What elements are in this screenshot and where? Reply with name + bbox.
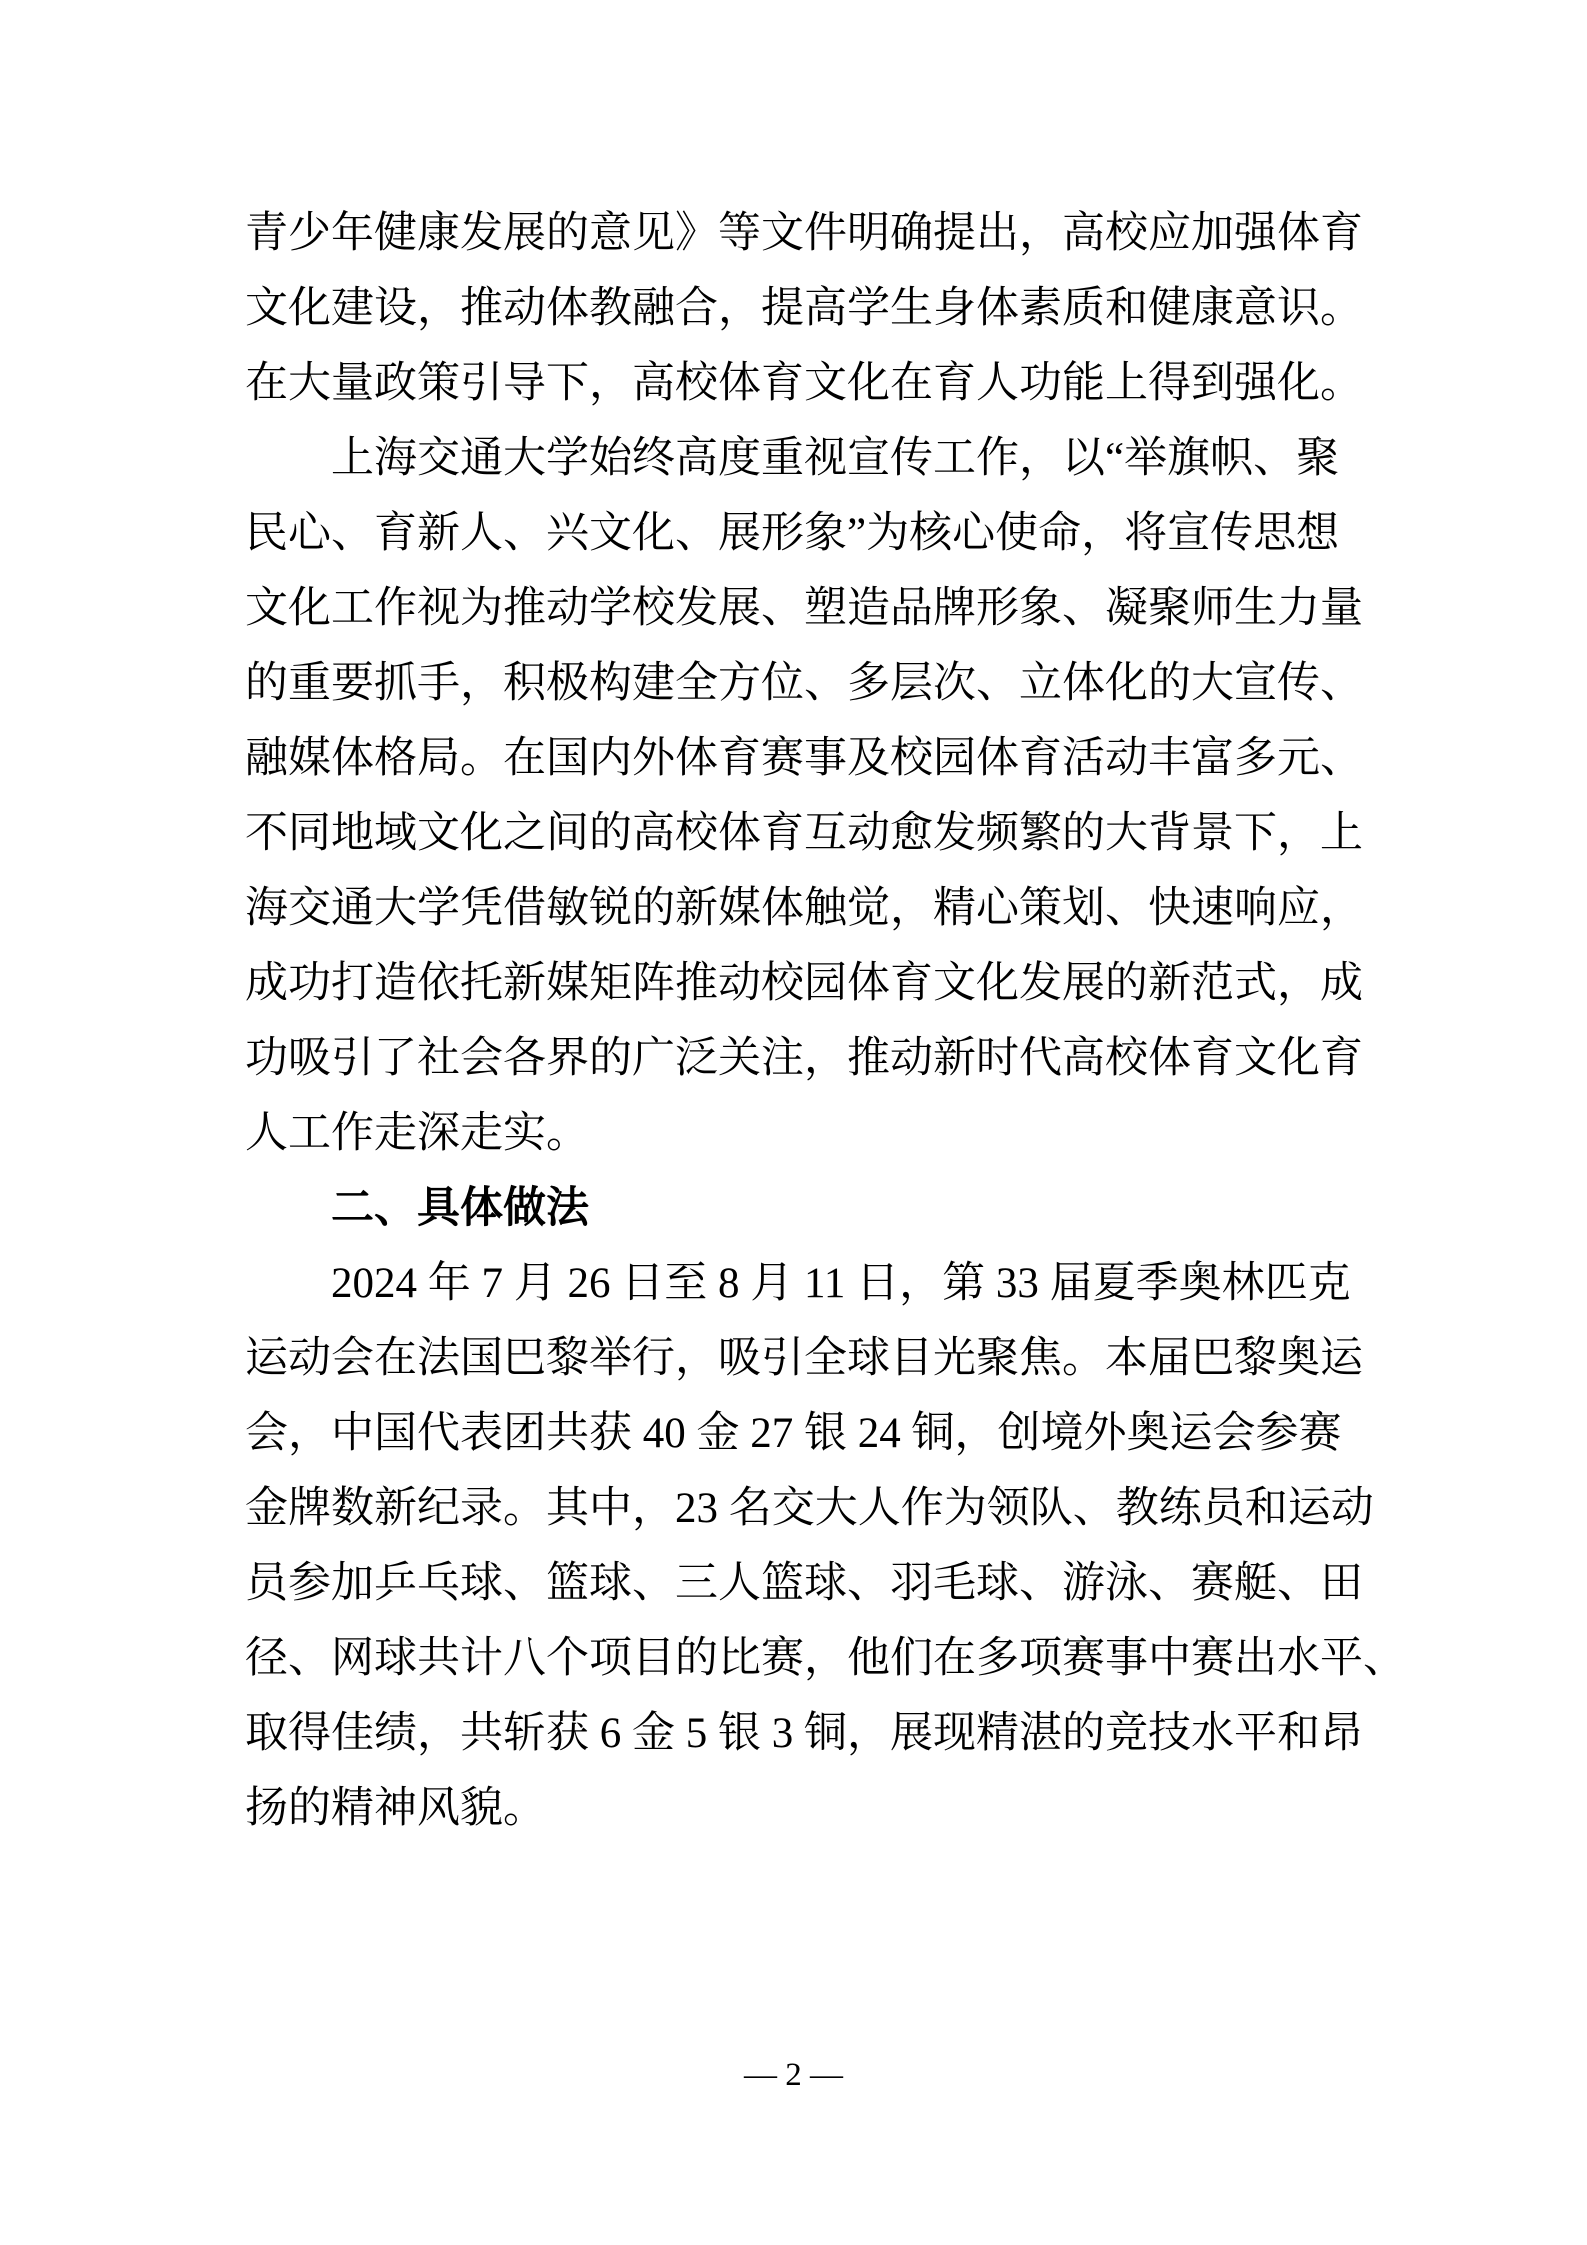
text-line: 不同地域文化之间的高校体育互动愈发频繁的大背景下，上 <box>245 796 1375 871</box>
text-line: 取得佳绩，共斩获 6 金 5 银 3 铜，展现精湛的竞技水平和昂 <box>245 1696 1375 1771</box>
text-line: 扬的精神风貌。 <box>245 1771 1375 1846</box>
section-heading: 二、具体做法 <box>245 1171 1375 1246</box>
text-line: 上海交通大学始终高度重视宣传工作，以“举旗帜、聚 <box>245 421 1375 496</box>
text-line: 融媒体格局。在国内外体育赛事及校园体育活动丰富多元、 <box>245 721 1375 796</box>
text-line: 青少年健康发展的意见》等文件明确提出，高校应加强体育 <box>245 196 1375 271</box>
document-page: 青少年健康发展的意见》等文件明确提出，高校应加强体育 文化建设，推动体教融合，提… <box>0 0 1587 2245</box>
text-line: 运动会在法国巴黎举行，吸引全球目光聚焦。本届巴黎奥运 <box>245 1321 1375 1396</box>
page-number: — 2 — <box>0 2055 1587 2095</box>
text-line: 在大量政策引导下，高校体育文化在育人功能上得到强化。 <box>245 346 1375 421</box>
text-line: 会，中国代表团共获 40 金 27 银 24 铜，创境外奥运会参赛 <box>245 1396 1375 1471</box>
text-line: 民心、育新人、兴文化、展形象”为核心使命，将宣传思想 <box>245 496 1375 571</box>
text-line: 海交通大学凭借敏锐的新媒体触觉，精心策划、快速响应， <box>245 871 1375 946</box>
text-line: 功吸引了社会各界的广泛关注，推动新时代高校体育文化育 <box>245 1021 1375 1096</box>
text-line: 径、网球共计八个项目的比赛，他们在多项赛事中赛出水平、 <box>245 1621 1375 1696</box>
text-line: 成功打造依托新媒矩阵推动校园体育文化发展的新范式，成 <box>245 946 1375 1021</box>
text-line: 2024 年 7 月 26 日至 8 月 11 日，第 33 届夏季奥林匹克 <box>245 1246 1375 1321</box>
text-line: 文化工作视为推动学校发展、塑造品牌形象、凝聚师生力量 <box>245 571 1375 646</box>
text-line: 人工作走深走实。 <box>245 1096 1375 1171</box>
text-line: 金牌数新纪录。其中，23 名交大人作为领队、教练员和运动 <box>245 1471 1375 1546</box>
text-line: 文化建设，推动体教融合，提高学生身体素质和健康意识。 <box>245 271 1375 346</box>
body-text: 青少年健康发展的意见》等文件明确提出，高校应加强体育 文化建设，推动体教融合，提… <box>245 196 1375 1846</box>
text-line: 的重要抓手，积极构建全方位、多层次、立体化的大宣传、 <box>245 646 1375 721</box>
text-line: 员参加乒乓球、篮球、三人篮球、羽毛球、游泳、赛艇、田 <box>245 1546 1375 1621</box>
